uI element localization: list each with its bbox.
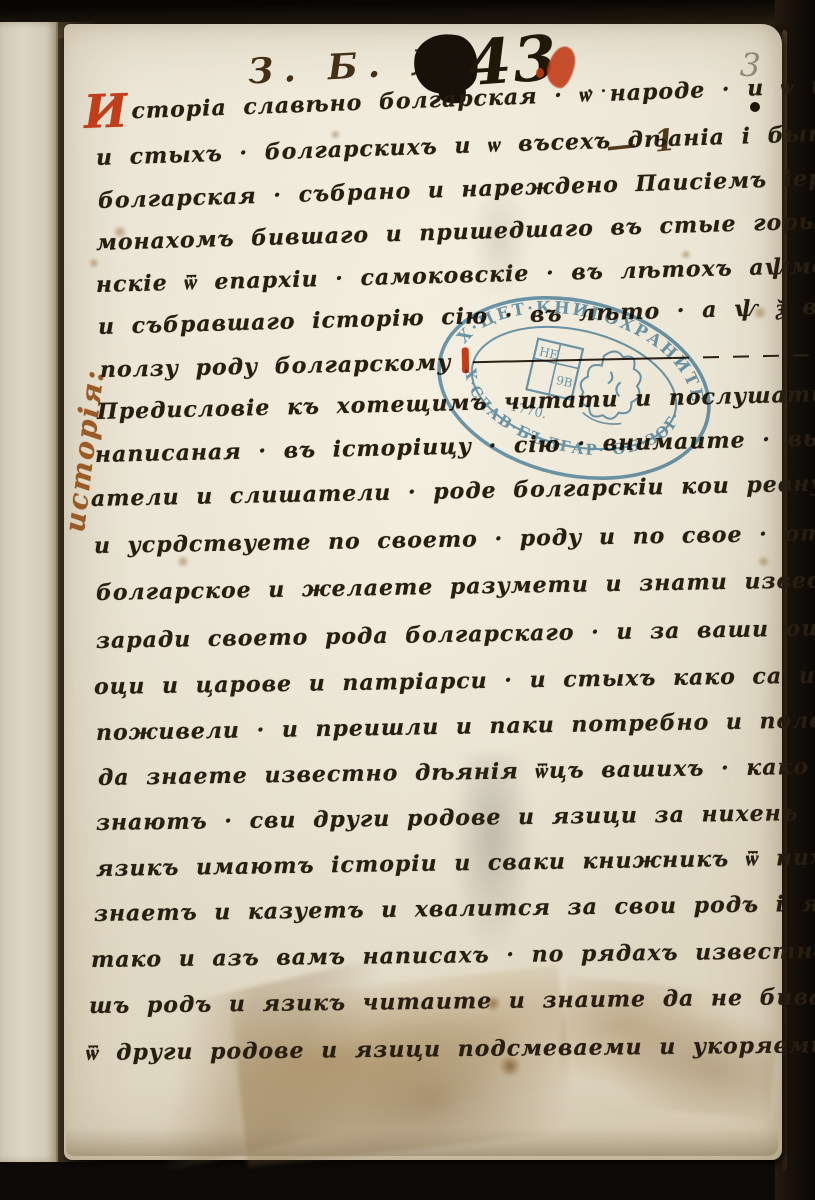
manuscript-line: оци и царове и патріарси · и стыхъ како …	[94, 661, 815, 700]
manuscript-line: болгарское и желаете разумети и знати из…	[96, 566, 815, 606]
manuscript-line: заради своето рода болгарскаго · и за ва…	[96, 613, 815, 654]
manuscript-line: поживели · и преишли и паки потребно и п…	[96, 705, 815, 746]
stamp-monogram-right: 9В	[555, 373, 574, 390]
manuscript-line: язикъ имаютъ історіи и сваки книжникъ ѿ …	[96, 844, 815, 882]
stamp-ring-top-text: Х·ЦЕТ·КНИГОХРАНИТЕ	[450, 292, 720, 409]
manuscript-line: шъ родъ и язикъ читаите и знаите да не б…	[89, 984, 815, 1019]
manuscript-line: монахомъ бившаго и пришедшаго въ стые го…	[96, 207, 815, 256]
manuscript-line: Исторіа славѣно болгарская · ѡ народе · …	[84, 68, 815, 126]
manuscript-line-text: ползу роду болгарскому	[100, 350, 452, 383]
manuscript-line: ѿ други родове и язици подсмеваеми и уко…	[86, 1032, 815, 1066]
red-initial-letter: И	[83, 83, 129, 139]
manuscript-line: знаетъ и казуетъ и хвалится за свои родъ…	[94, 890, 815, 927]
stamp-lion-figure	[574, 346, 647, 426]
manuscript-line: болгарская · събрано и нареждено Паисіем…	[98, 165, 815, 214]
manuscript-text-block: Исторіа славѣно болгарская · ѡ народе · …	[0, 0, 815, 1200]
manuscript-scan: З. Б. № 43 .. — 1 3 исторія: Исторіа сла…	[0, 0, 815, 1200]
manuscript-line: и усрдствуете по своето · роду и по свое…	[94, 518, 815, 559]
library-stamp: Х·ЦЕТ·КНИГОХРАНИТЕ Х·СЛАВ·БЪЛГАР· ОБ·ЗОГ…	[428, 292, 720, 484]
manuscript-line: тако и азъ вамъ написахъ · по рядахъ изв…	[91, 937, 815, 973]
manuscript-line: и стыхъ · болгарскихъ и ѡ въсехъ дѣаніа …	[96, 120, 815, 171]
manuscript-line-text: сторіа славѣно болгарская · ѡ народе · и…	[131, 68, 815, 124]
manuscript-line: да знаете известно дѣянія ѿцъ вашихъ · к…	[98, 753, 815, 791]
svg-text:Х·ЦЕТ·КНИГОХРАНИТЕ: Х·ЦЕТ·КНИГОХРАНИТЕ	[450, 292, 720, 409]
manuscript-line: знаютъ · сви други родове и язици за них…	[96, 799, 815, 836]
